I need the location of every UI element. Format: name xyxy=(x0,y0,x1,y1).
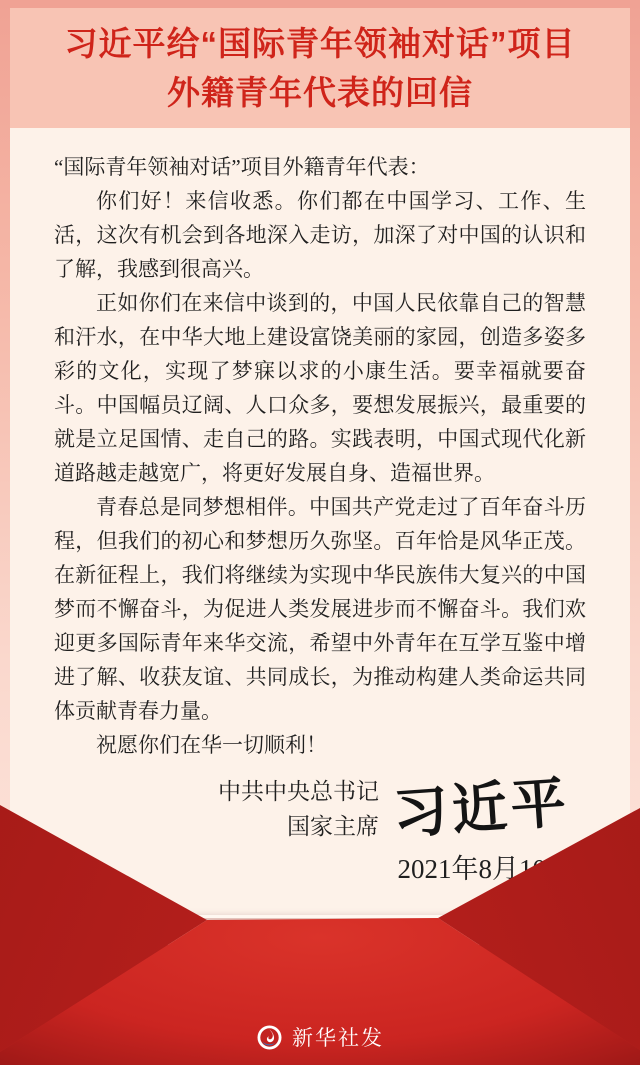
title-line-2: 外籍青年代表的回信 xyxy=(10,68,630,117)
xinhua-logo-icon xyxy=(256,1024,283,1051)
signature-roles: 中共中央总书记 国家主席 xyxy=(218,774,379,844)
credit-text: 新华社发 xyxy=(292,1022,384,1052)
signature-role-1: 中共中央总书记 xyxy=(218,774,379,809)
signature-block: 中共中央总书记 国家主席 习近平 2021年8月10日 xyxy=(54,774,586,886)
letter-paper: 习近平给“国际青年领袖对话”项目 外籍青年代表的回信 “国际青年领袖对话”项目外… xyxy=(10,8,630,918)
letter-paragraph-1: 你们好！来信收悉。你们都在中国学习、工作、生活，这次有机会到各地深入走访，加深了… xyxy=(54,184,586,286)
title-line-1: 习近平给“国际青年领袖对话”项目 xyxy=(10,19,630,68)
signature-role-2: 国家主席 xyxy=(218,809,379,844)
letter-paragraph-3: 青春总是同梦想相伴。中国共产党走过了百年奋斗历程，但我们的初心和梦想历久弥坚。百… xyxy=(54,490,586,728)
signature-name: 习近平 xyxy=(392,786,571,832)
signature-row: 中共中央总书记 国家主席 习近平 xyxy=(54,774,586,844)
credit-line: 新华社发 xyxy=(0,1022,640,1052)
letter-salutation: “国际青年领袖对话”项目外籍青年代表： xyxy=(54,150,586,184)
letter-closing: 祝愿你们在华一切顺利！ xyxy=(54,728,586,762)
letter-body: “国际青年领袖对话”项目外籍青年代表： 你们好！来信收悉。你们都在中国学习、工作… xyxy=(10,128,630,886)
letter-title-band: 习近平给“国际青年领袖对话”项目 外籍青年代表的回信 xyxy=(10,8,630,128)
news-poster: 习近平给“国际青年领袖对话”项目 外籍青年代表的回信 “国际青年领袖对话”项目外… xyxy=(0,0,640,1065)
letter-paragraph-2: 正如你们在来信中谈到的，中国人民依靠自己的智慧和汗水，在中华大地上建设富饶美丽的… xyxy=(54,286,586,490)
